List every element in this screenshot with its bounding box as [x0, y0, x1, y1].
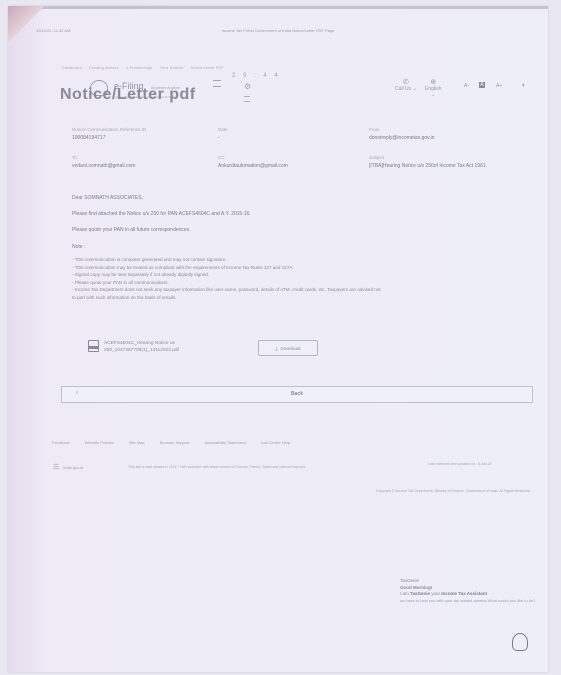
breadcrumb-item[interactable]: Dashboard [62, 66, 82, 70]
from-label: From [369, 127, 380, 132]
cc-value: Ankurdtautomation@gmail.com [218, 163, 288, 169]
language-select[interactable]: ⊕ English⌄ [425, 78, 441, 98]
attachment-filename[interactable]: ACEFS4604C_Hearing Notice us 250_1047267… [104, 340, 194, 354]
contrast-toggle[interactable]: ◐ [522, 82, 526, 89]
chatbot-message: am here to help you with your tax relate… [400, 598, 540, 605]
emblem-icon: ☰ [53, 463, 59, 471]
session-timer: 2 9 : 4 4 [232, 73, 281, 79]
to-label: To [72, 155, 77, 160]
date-label: Date [218, 127, 228, 132]
ref-id-label: Notice/ Communication Reference ID [72, 127, 146, 132]
download-icon: ⤓ [275, 346, 277, 351]
notes-list: - This communication is computer generat… [72, 256, 382, 301]
printed-page: 19/12/22, 11:32 AM Income Tax Portal Gov… [8, 6, 548, 672]
note-item: - This communication may be treated as c… [72, 264, 382, 272]
folded-corner [8, 6, 53, 41]
from-value: donotreply@incometax.gov.in [369, 135, 435, 141]
footer-link-call-centre[interactable]: Call Centre Help [261, 440, 290, 445]
breadcrumb-item[interactable]: Pending Actions [89, 66, 119, 70]
download-button[interactable]: ⤓ Download [258, 340, 318, 356]
ref-id-value: 100084194717 [72, 135, 105, 141]
footer-links: Feedback Website Policies Site Map Brows… [52, 440, 290, 445]
pdf-file-icon [88, 340, 99, 352]
phone-icon: ✆ [395, 78, 417, 86]
breadcrumb: Dashboard Pending Actions e-Proceedings … [62, 66, 230, 70]
menu-icon[interactable] [244, 96, 250, 102]
settings-icon[interactable]: ⚙ [244, 82, 251, 91]
subject-value: [ITBA]Hearing Notice u/s 250of Income Ta… [369, 163, 519, 170]
last-reviewed: Last reviewed and updated on : 6-Jun-20 [428, 462, 492, 466]
cc-label: CC [218, 155, 225, 160]
date-value: - [218, 135, 220, 141]
page-title: Notice/Letter pdf [60, 86, 196, 104]
footer-link-browser-support[interactable]: Browser Support [160, 440, 190, 445]
chatbot-avatar-icon[interactable] [512, 633, 528, 651]
back-button[interactable]: ‹ Back [61, 386, 533, 403]
copyright: Copyright © Income Tax Department, Minis… [0, 489, 530, 493]
font-reset-button[interactable]: A [479, 82, 485, 88]
browser-note: This site is best viewed in 1024 * 768 r… [128, 465, 306, 469]
top-edge [8, 6, 548, 9]
note-item: - Signed copy may be sent separately if … [72, 271, 382, 279]
note-item: - Income Tax Department does not seek an… [72, 286, 382, 301]
body-line-1: Please find attached the Notice u/s 250 … [72, 211, 251, 217]
subject-label: Subject [369, 155, 384, 160]
back-label: Back [62, 391, 532, 397]
india-gov-logo[interactable]: ☰ india.gov.in [53, 463, 83, 471]
footer-link-site-map[interactable]: Site Map [129, 440, 145, 445]
note-item: - This communication is computer generat… [72, 256, 382, 264]
to-value: vedant.somnath@gmail.com [72, 163, 135, 169]
footer-link-feedback[interactable]: Feedback [52, 440, 70, 445]
footer-link-website-policies[interactable]: Website Policies [85, 440, 114, 445]
chatbot-panel: TaxGenie Good Morning! I am TaxGenie you… [400, 578, 540, 604]
footer-link-accessibility[interactable]: Accessibility Statement [204, 440, 245, 445]
font-increase-button[interactable]: A+ [496, 83, 502, 89]
breadcrumb-item[interactable]: e-Proceedings [126, 66, 152, 70]
breadcrumb-item[interactable]: View Notices [160, 66, 184, 70]
call-us-button[interactable]: ✆ Call Us ⌄ [395, 78, 417, 92]
print-title: Income Tax Portal Government of India No… [8, 28, 548, 33]
note-item: - Please quote your PAN in all communica… [72, 279, 382, 287]
attachment[interactable]: ACEFS4604C_Hearing Notice us 250_1047267… [88, 340, 194, 354]
breadcrumb-item: Notice/Letter PDF [191, 66, 224, 70]
note-label: Note : [72, 244, 85, 250]
greeting: Dear SOMNATH ASSOCIATES, [72, 195, 143, 201]
menu-icon[interactable] [213, 80, 221, 87]
globe-icon: ⊕ [425, 78, 441, 86]
font-decrease-button[interactable]: A- [464, 83, 469, 89]
body-line-2: Please quote your PAN in all future corr… [72, 227, 191, 233]
